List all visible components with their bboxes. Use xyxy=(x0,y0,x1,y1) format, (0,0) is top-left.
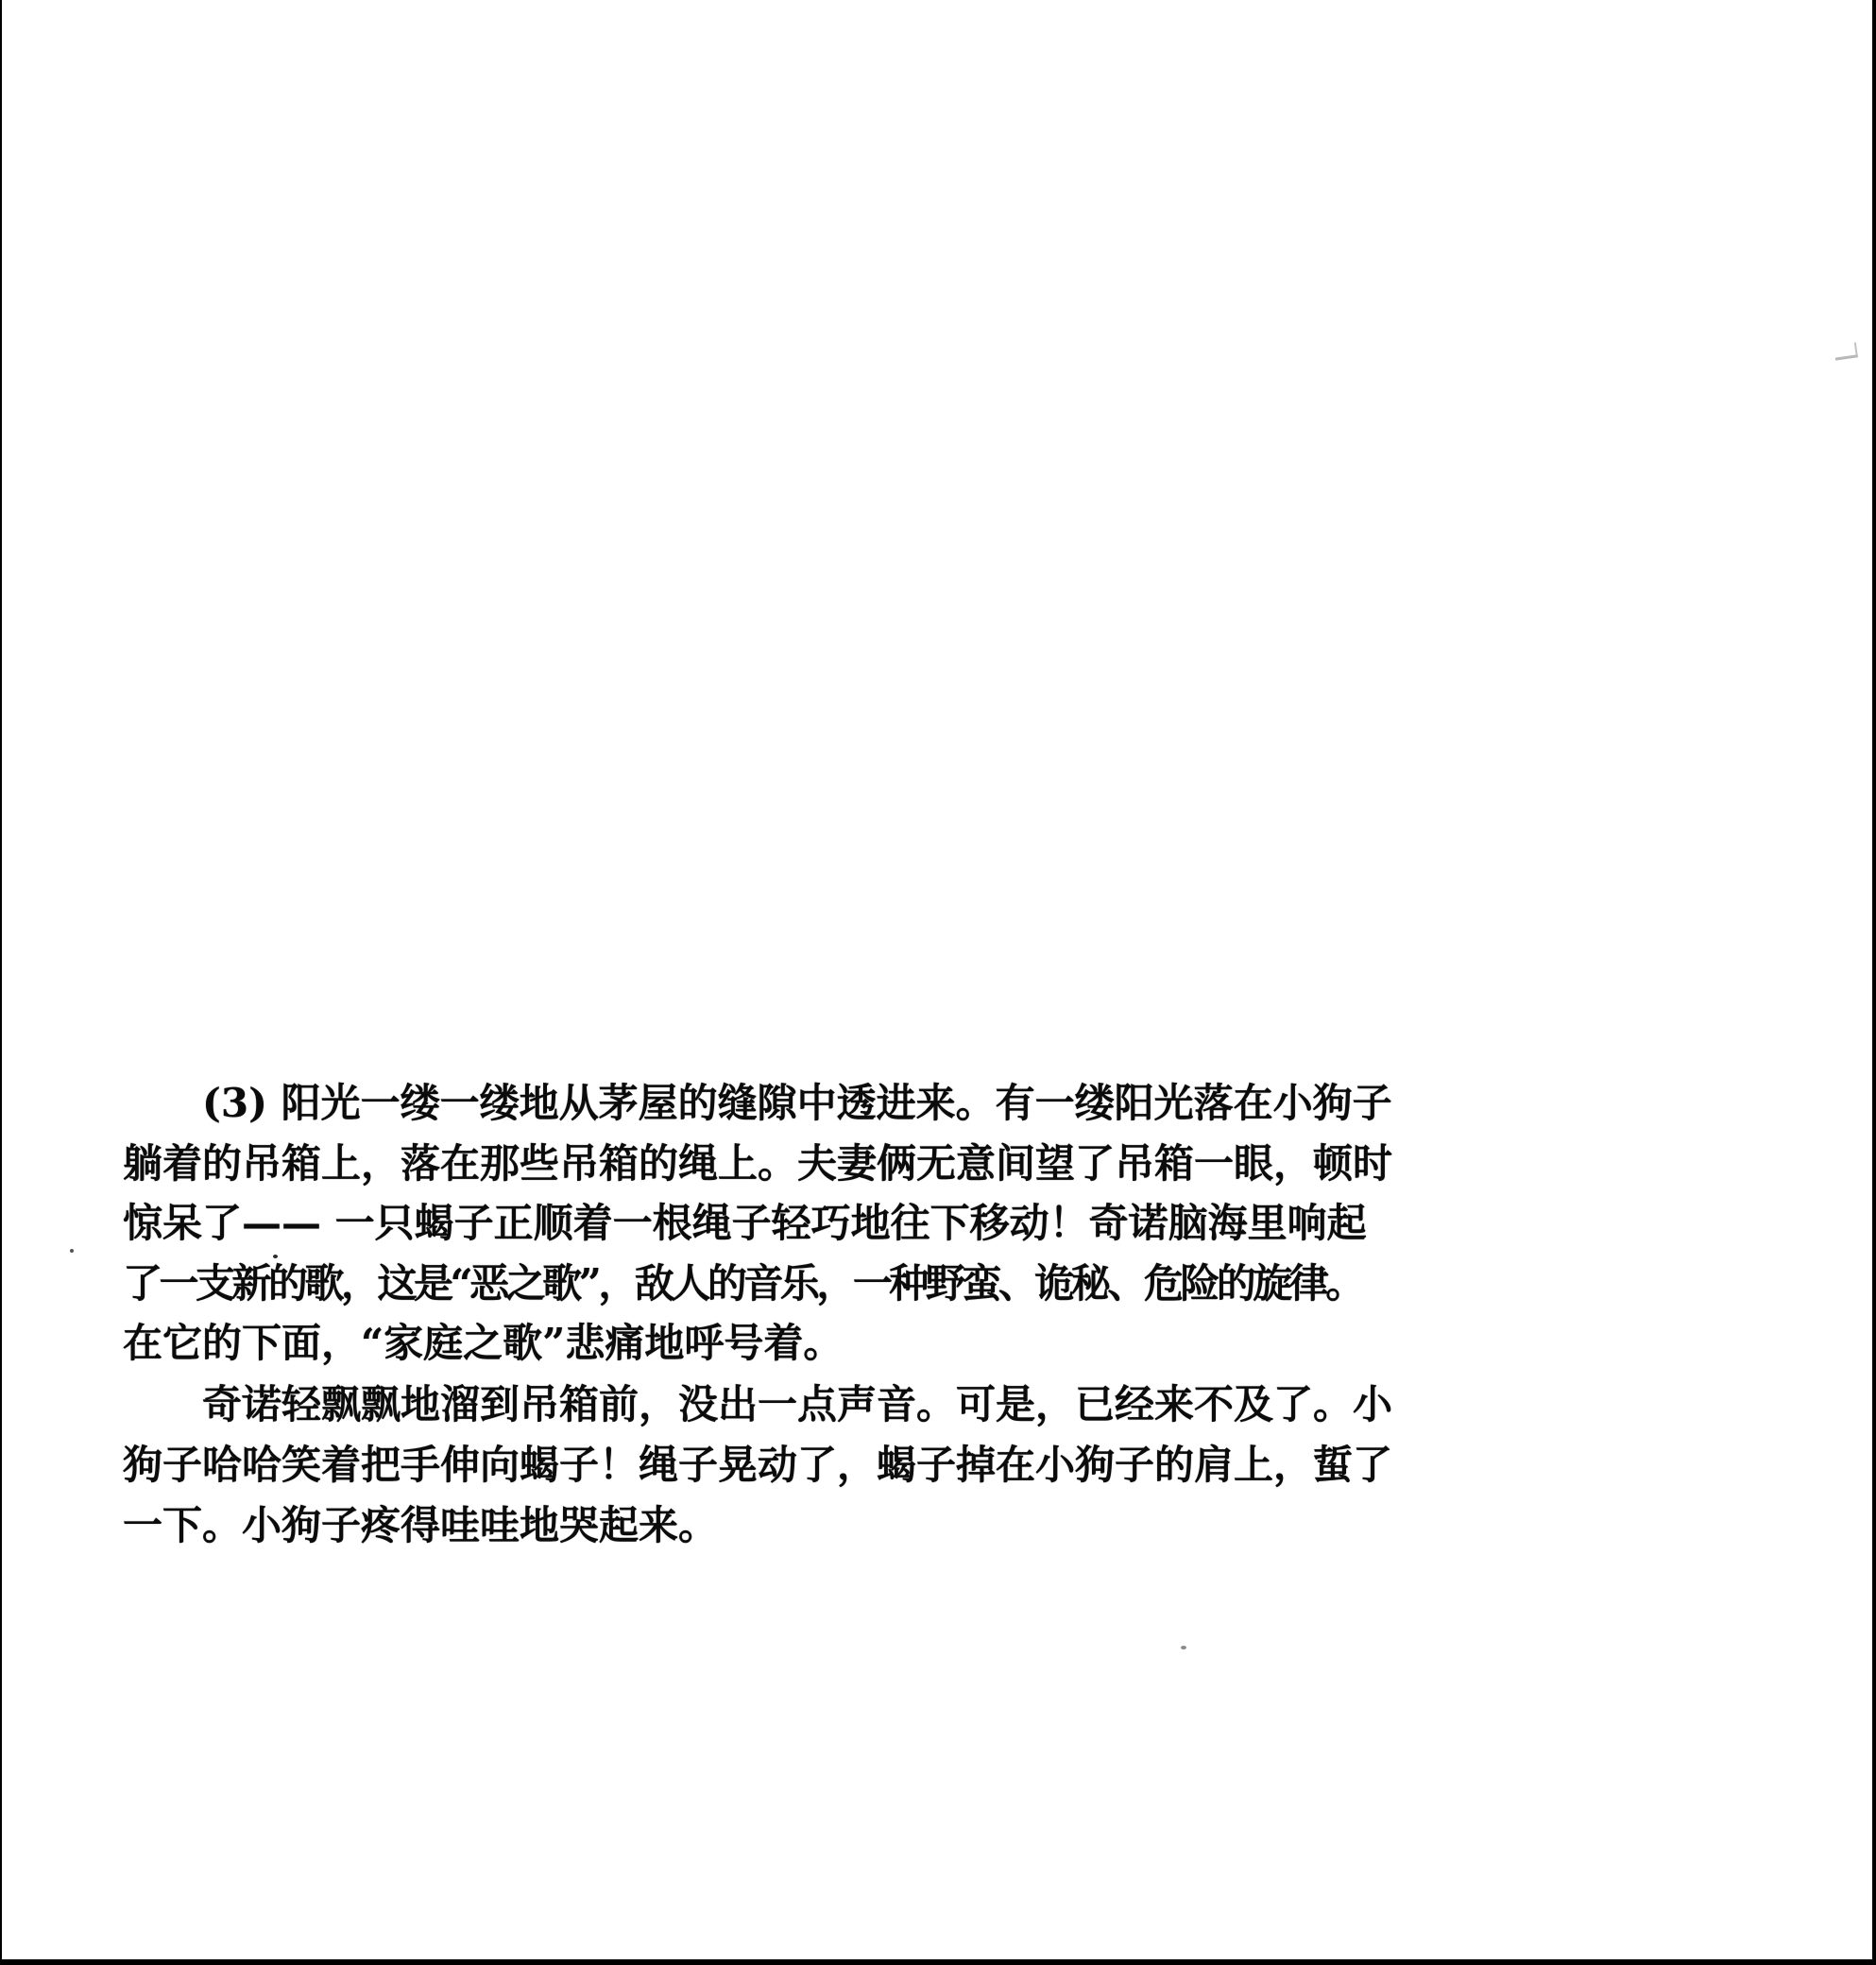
text-line: (3) 阳光一缕一缕地从茅屋的缝隙中透进来。有一缕阳光落在小狗子 xyxy=(123,1084,1392,1123)
ink-speck xyxy=(1181,1646,1186,1649)
text-line: 惊呆了—— 一只蝎子正顺着一根绳子轻巧地往下移动！奇诺脑海里响起 xyxy=(123,1204,1367,1243)
text-line: 奇诺轻飘飘地溜到吊箱前，没出一点声音。可是，已经来不及了。小 xyxy=(123,1385,1392,1425)
ink-speck xyxy=(70,1249,74,1253)
page-edge-right xyxy=(1872,0,1876,1965)
text-line: 狗子哈哈笑着把手伸向蝎子！绳子晃动了，蝎子掉在小狗子的肩上，蜇了 xyxy=(123,1445,1392,1485)
ink-speck xyxy=(273,1255,278,1258)
page-edge-left xyxy=(0,0,2,1965)
scan-smudge xyxy=(1833,342,1858,360)
page-edge-bottom xyxy=(0,1959,1876,1965)
text-line: 了一支新的歌，这是“恶之歌”，敌人的音乐，一种野蛮、诡秘、危险的旋律。 xyxy=(123,1264,1362,1304)
text-line: 在它的下面，“家庭之歌”悲痛地呼号着。 xyxy=(123,1324,843,1363)
text-line: 一下。小狗子疼得哇哇地哭起来。 xyxy=(123,1506,718,1546)
text-line: 躺着的吊箱上，落在那些吊箱的绳上。夫妻俩无意间望了吊箱一眼，顿时 xyxy=(123,1144,1392,1184)
scanned-book-page: (3) 阳光一缕一缕地从茅屋的缝隙中透进来。有一缕阳光落在小狗子 躺着的吊箱上，… xyxy=(0,0,1876,1965)
